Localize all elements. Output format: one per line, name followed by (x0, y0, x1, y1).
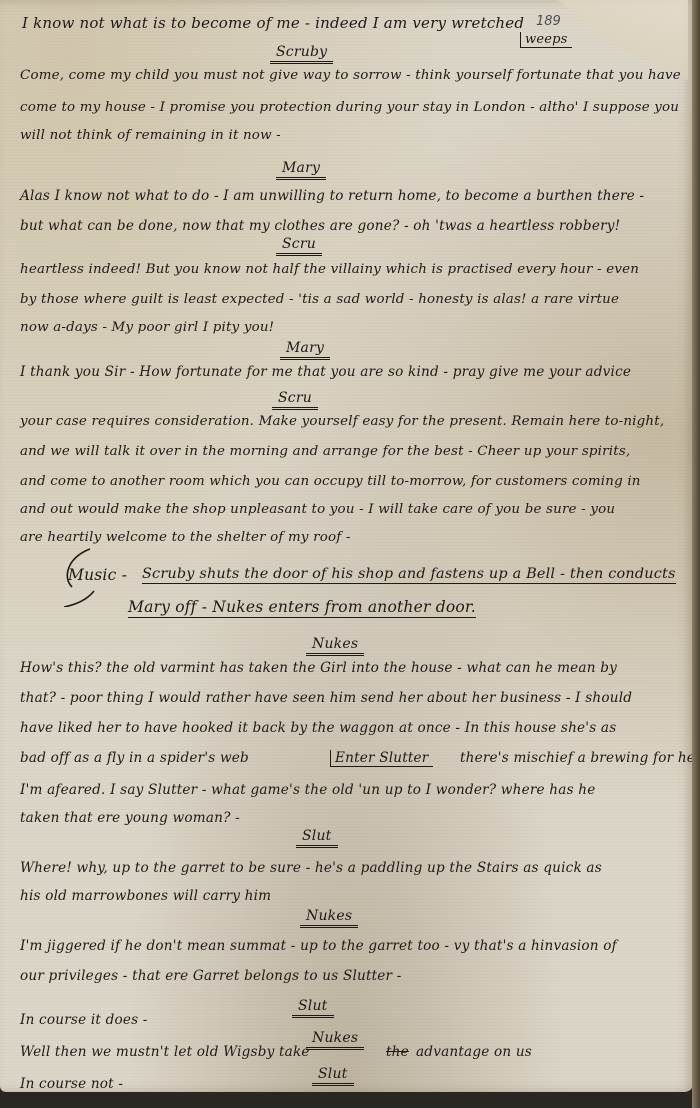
speaker-name: Scruby (270, 44, 333, 64)
speaker-name: Slut (312, 1066, 354, 1086)
speaker-name: Scru (276, 236, 322, 256)
stage-direction-weeps: weeps (520, 32, 572, 48)
speaker-name: Slut (296, 828, 338, 848)
speaker-name: Mary (276, 160, 326, 180)
speaker-name: Nukes (300, 908, 358, 928)
page-number: 189 (536, 14, 561, 29)
opening-line: I know not what is to become of me - ind… (22, 14, 524, 32)
speaker-name: Nukes (306, 636, 364, 656)
speaker-name: Slut (292, 998, 334, 1018)
speaker-name: Mary (280, 340, 330, 360)
speaker-name: Scru (272, 390, 318, 410)
page-edge (692, 0, 700, 1108)
struck-word: the (386, 1044, 409, 1060)
stage-direction-enter-slutter: Enter Slutter (330, 750, 433, 767)
music-cue: Music - (68, 566, 127, 584)
manuscript-page: 189 I know not what is to become of me -… (0, 0, 694, 1092)
speaker-name: Nukes (306, 1030, 364, 1050)
stage-direction-line: Scruby shuts the door of his shop and fa… (142, 566, 676, 584)
stage-direction-line: Mary off - Nukes enters from another doo… (128, 598, 476, 618)
